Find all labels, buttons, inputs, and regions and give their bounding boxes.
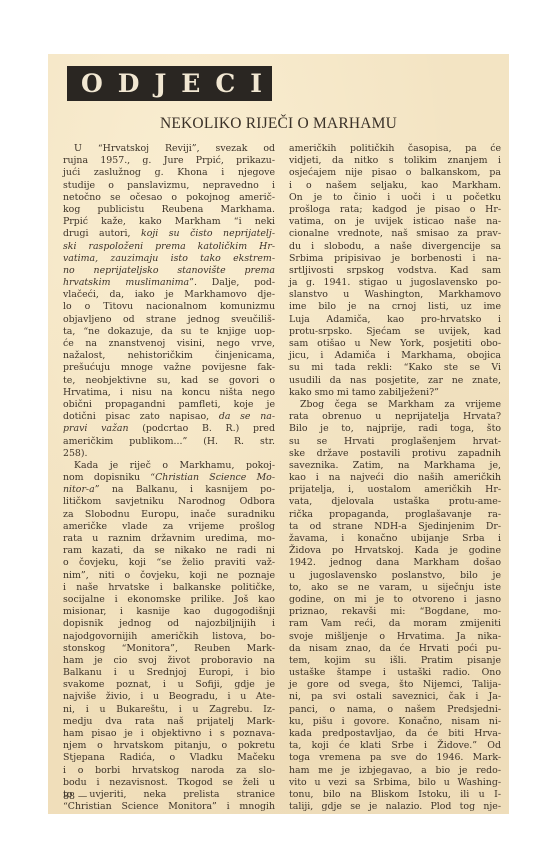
text-line: ku, pišu i govore. Konačno, nisam ni- (289, 716, 501, 728)
text-line: stonskog “Monitora”, Reuben Mark- (63, 643, 275, 655)
text-line: jući zaslužnog g. Khona i njegove (63, 167, 275, 179)
text-line: dopisnik jednog od najozbiljnijih i (63, 618, 275, 630)
text-line: te, neobjektivne su, kad se govori o (63, 375, 275, 387)
text-line: američkih političkih časopisa, pa će (289, 143, 501, 155)
text-line: osjećajem nije pisao o balkanskom, pa (289, 167, 501, 179)
text-line: hrvatskim muslimanima”. Dalje, pod- (63, 277, 275, 289)
right-column: američkih političkih časopisa, pa ćevidj… (289, 143, 501, 813)
text-line: drugi autori, koji su čisto neprijatelj- (63, 228, 275, 240)
text-line: američkim publikom...” (H. R. str. (63, 436, 275, 448)
text-line: cionalne vrednote, naš smisao za prav- (289, 228, 501, 240)
text-line: to uvjeriti, neka prelista stranice (63, 789, 275, 801)
text-line: kog publicistu Reubena Markhama. (63, 204, 275, 216)
text-line: priznao, rekavši mi: “Bogdane, mo- (289, 606, 501, 618)
text-line: kao i na najveći dio naših američkih (289, 472, 501, 484)
text-line: no neprijateljsko stanovište prema (63, 265, 275, 277)
text-line: rička propaganda, proglašavanje ra- (289, 509, 501, 521)
text-line: litičkom savjetniku Narodnog Odbora (63, 496, 275, 508)
text-line: su mi tada rekli: “Kako ste se Vi (289, 362, 501, 374)
text-line: njem o hrvatskom pitanju, o pokretu (63, 740, 275, 752)
text-line: Zbog čega se Markham za vrijeme (289, 399, 501, 411)
left-column: U “Hrvatskoj Reviji”, svezak odrujna 195… (63, 143, 275, 813)
text-line: svoje mišljenje o Hrvatima. Ja nika- (289, 631, 501, 643)
text-line: du i slobodu, a naše divergencije sa (289, 241, 501, 253)
text-line: kada predpostavljao, da će biti Hrva- (289, 728, 501, 740)
text-line: dotični pisac zato napisao, da se na- (63, 411, 275, 423)
text-line: nažalost, nehistoričkim činjenicama, (63, 350, 275, 362)
italic-text: pravi važan (63, 423, 129, 434)
italic-text: Christian Science Mo- (155, 472, 275, 483)
text-line: “Christian Science Monitora” i mnogih (63, 801, 275, 813)
text-line: američke vlade za vrijeme prošlog (63, 521, 275, 533)
text-line: ja g. 1941. stigao u jugoslavensko po- (289, 277, 501, 289)
text-line: rujna 1957., g. Jure Prpić, prikazu- (63, 155, 275, 167)
text-line: Židova po Hrvatskoj. Kada je godine (289, 545, 501, 557)
text-line: studije o panslavizmu, nepravedno i (63, 180, 275, 192)
text-line: On je to činio i uoči i u početku (289, 192, 501, 204)
text-line: taliji, gdje se je nalazio. Plod tog nje… (289, 801, 501, 813)
italic-text: nitor-a (63, 484, 95, 495)
text-line: ske države postavili protivu zapadnih (289, 448, 501, 460)
text-line: ta, “ne dokazuje, da su te knjige uop- (63, 326, 275, 338)
text-line: ham je cio svoj život proboravio na (63, 655, 275, 667)
text-line: to, ako se ne varam, u siječnju iste (289, 582, 501, 594)
text-line: tonu, bilo na Bliskom Istoku, ili u I- (289, 789, 501, 801)
italic-text: koji su čisto neprijatelj- (141, 228, 275, 239)
text-line: nom dopisniku “Christian Science Mo- (63, 472, 275, 484)
text-line: vito u vezi sa Srbima, bilo u Washing- (289, 777, 501, 789)
scanned-magazine-page: ODJECI NEKOLIKO RIJEČI O MARHAMU U “Hrva… (48, 54, 509, 814)
text-line: netočno se očesao o pokojnog američ- (63, 192, 275, 204)
text-line: ram kazati, da se nikako ne radi ni (63, 545, 275, 557)
text-line: Srbima pripisivao je borbenosti i na- (289, 253, 501, 265)
text-line: nim”, niti o čovjeku, koji ne poznaje (63, 570, 275, 582)
text-line: prošloga rata; kadgod je pisao o Hr- (289, 204, 501, 216)
text-line: usudili da nas posjetite, zar ne znate, (289, 375, 501, 387)
text-line: vatima, on je uvijek isticao naše na- (289, 216, 501, 228)
text-line: socijalne i ekonomske prilike. Još kao (63, 594, 275, 606)
text-line: panci, o nama, o našem Predsjedni- (289, 704, 501, 716)
text-line: slanstvo u Washington, Markhamovo (289, 289, 501, 301)
text-line: i naše hrvatske i balkanske političke, (63, 582, 275, 594)
italic-text: ski raspoloženi prema katoličkim Hr- (63, 241, 275, 252)
text-line: će na znanstvenoj visini, nego vrve, (63, 338, 275, 350)
text-line: Bilo je to, najprije, radi toga, što (289, 423, 501, 435)
text-line: ni, pa svi ostali saveznici, čak i Ja- (289, 691, 501, 703)
text-line: misionar, i kasnije kao dugogodišnji (63, 606, 275, 618)
italic-text: vatima, zauzimaju isto tako ekstrem- (63, 253, 275, 264)
text-line: Prpić kaže, kako Markham “i neki (63, 216, 275, 228)
text-line: ta od strane NDH-a Sjedinjenim Dr- (289, 521, 501, 533)
text-line: U “Hrvatskoj Reviji”, svezak od (63, 143, 275, 155)
text-line: i o našem seljaku, kao Markham. (289, 180, 501, 192)
text-line: godine, on mi je to otvoreno i jasno (289, 594, 501, 606)
text-line: lo o Titovu nacionalnom komunizmu (63, 301, 275, 313)
text-line: objavljeno od strane jednog sveučiliš- (63, 314, 275, 326)
text-line: Luja Adamiča, kao pro-hrvatsko i (289, 314, 501, 326)
text-line: u jugoslavensko poslanstvo, bilo je (289, 570, 501, 582)
text-line: ham pisao je i objektivno i s poznava- (63, 728, 275, 740)
text-line: bodu i nezavisnost. Tkogod se želi u (63, 777, 275, 789)
text-line: su se Hrvati proglašenjem hrvat- (289, 436, 501, 448)
text-line: prešućuju mnoge važne povijesne fak- (63, 362, 275, 374)
text-line: pravi važan (podcrtao B. R.) pred (63, 423, 275, 435)
text-line: za Slobodnu Europu, inače suradniku (63, 509, 275, 521)
section-banner: ODJECI (67, 66, 272, 101)
text-line: medju dva rata naš prijatelj Mark- (63, 716, 275, 728)
text-line: toga vremena pa sve do 1946. Mark- (289, 752, 501, 764)
text-line: ime bilo je na crnoj listi, uz ime (289, 301, 501, 313)
text-line: saveznika. Zatim, na Markhama je, (289, 460, 501, 472)
text-line: tem, kojim su išli. Pratim pisanje (289, 655, 501, 667)
text-line: vlačeći, da, iako je Markhamovo dje- (63, 289, 275, 301)
text-line: je gore od svega, što Nijemci, Talija- (289, 679, 501, 691)
text-line: vata, djelovala ustaška protu-ame- (289, 496, 501, 508)
text-line: da nisam znao, da će Hrvati poći pu- (289, 643, 501, 655)
text-line: i o borbi hrvatskog naroda za slo- (63, 765, 275, 777)
text-line: nitor-a” na Balkanu, i kasnijem po- (63, 484, 275, 496)
text-line: ustaške štampe i ustaški radio. Ono (289, 667, 501, 679)
text-line: ham me je izbjegavao, a bio je redo- (289, 765, 501, 777)
text-line: Balkanu i u Srednjoj Europi, i bio (63, 667, 275, 679)
text-line: Kada je riječ o Markhamu, pokoj- (63, 460, 275, 472)
text-line: najviše živio, i u Beogradu, i u Ate- (63, 691, 275, 703)
text-line: ta, koji će klati Srbe i Židove.” Od (289, 740, 501, 752)
text-line: rata u raznim državnim uredima, mo- (63, 533, 275, 545)
italic-text: no neprijateljsko stanovište prema (63, 265, 275, 276)
italic-text: hrvatskim muslimanima (63, 277, 189, 288)
text-line: protu-srpsko. Sjećam se uvijek, kad (289, 326, 501, 338)
text-line: Stjepana Radića, o Vladku Mačeku (63, 752, 275, 764)
text-line: svakome poznat, i u Sofiji, gdje je (63, 679, 275, 691)
text-line: vatima, zauzimaju isto tako ekstrem- (63, 253, 275, 265)
italic-text: da se na- (219, 411, 275, 422)
text-line: rata obrenuo u neprijatelja Hrvata? (289, 411, 501, 423)
text-line: prijatelja, i, uostalom američkih Hr- (289, 484, 501, 496)
text-line: žavama, i konačno ubijanje Srba i (289, 533, 501, 545)
text-line: obični propagandni pamfleti, koje je (63, 399, 275, 411)
text-line: srtljivosti srpskog vodstva. Kad sam (289, 265, 501, 277)
text-line: najodgovornijih američkih listova, bo- (63, 631, 275, 643)
article-title: NEKOLIKO RIJEČI O MARHAMU (48, 115, 509, 133)
text-line: kako smo mi tamo zabilježeni?” (289, 387, 501, 399)
text-line: Hrvatima, i nisu na koncu ništa nego (63, 387, 275, 399)
page-number: 88 — (63, 791, 87, 802)
text-line: sam otišao u New York, posjetiti obo- (289, 338, 501, 350)
text-line: jicu, i Adamiča i Markhama, obojica (289, 350, 501, 362)
text-line: vidjeti, da nitko s tolikim znanjem i (289, 155, 501, 167)
text-line: ram Vam reći, da moram zmijeniti (289, 618, 501, 630)
text-line: ski raspoloženi prema katoličkim Hr- (63, 241, 275, 253)
text-line: 258). (63, 448, 275, 460)
text-line: o čovjeku, koji “se želio praviti važ- (63, 557, 275, 569)
text-line: ni, i u Bukareštu, i u Zagrebu. Iz- (63, 704, 275, 716)
text-line: 1942. jednog dana Markham došao (289, 557, 501, 569)
